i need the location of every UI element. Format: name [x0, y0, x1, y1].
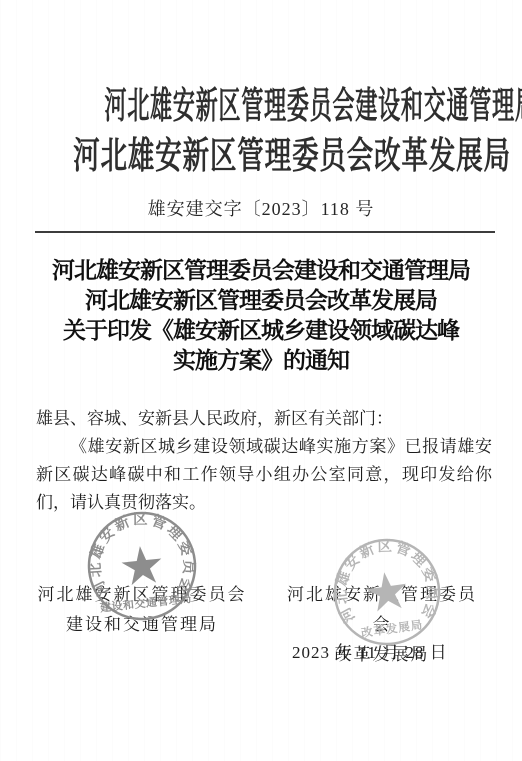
document-page: 河北雄安新区管理委员会建设和交通管理局 河北雄安新区管理委员会改革发展局 雄安建…: [0, 0, 522, 761]
notice-title-line-1: 河北雄安新区管理委员会建设和交通管理局: [10, 256, 512, 286]
seal-star-icon: [364, 569, 409, 612]
official-seal-right: 河北雄安新区管理委员会 改革发展局: [314, 519, 461, 666]
official-seal-left-graphic: 河北雄安新区管理委员会 建设和交通管理局: [71, 495, 214, 638]
notice-title-line-4: 实施方案》的通知: [10, 346, 512, 376]
notice-title-line-2: 河北雄安新区管理委员会改革发展局: [10, 286, 512, 316]
header-divider: [35, 231, 495, 233]
seal-bottom-text: 建设和交通管理局: [99, 591, 192, 615]
letterhead: 河北雄安新区管理委员会建设和交通管理局 河北雄安新区管理委员会改革发展局: [0, 82, 522, 182]
official-seal-right-graphic: 河北雄安新区管理委员会 改革发展局: [314, 519, 461, 666]
letterhead-org-line-2: 河北雄安新区管理委员会改革发展局: [73, 132, 449, 182]
official-seal-left: 河北雄安新区管理委员会 建设和交通管理局: [71, 495, 214, 638]
salutation: 雄县、容城、安新县人民政府，新区有关部门：: [36, 405, 492, 433]
notice-body: 雄县、容城、安新县人民政府，新区有关部门： 《雄安新区城乡建设领域碳达峰实施方案…: [36, 405, 492, 517]
doc-number: 雄安建交字〔2023〕118 号: [0, 195, 522, 221]
notice-title-line-3: 关于印发《雄安新区城乡建设领域碳达峰: [10, 316, 512, 346]
notice-title: 河北雄安新区管理委员会建设和交通管理局 河北雄安新区管理委员会改革发展局 关于印…: [10, 256, 512, 376]
letterhead-org-line-1: 河北雄安新区管理委员会建设和交通管理局: [104, 82, 417, 132]
seal-star-icon: [120, 544, 164, 586]
